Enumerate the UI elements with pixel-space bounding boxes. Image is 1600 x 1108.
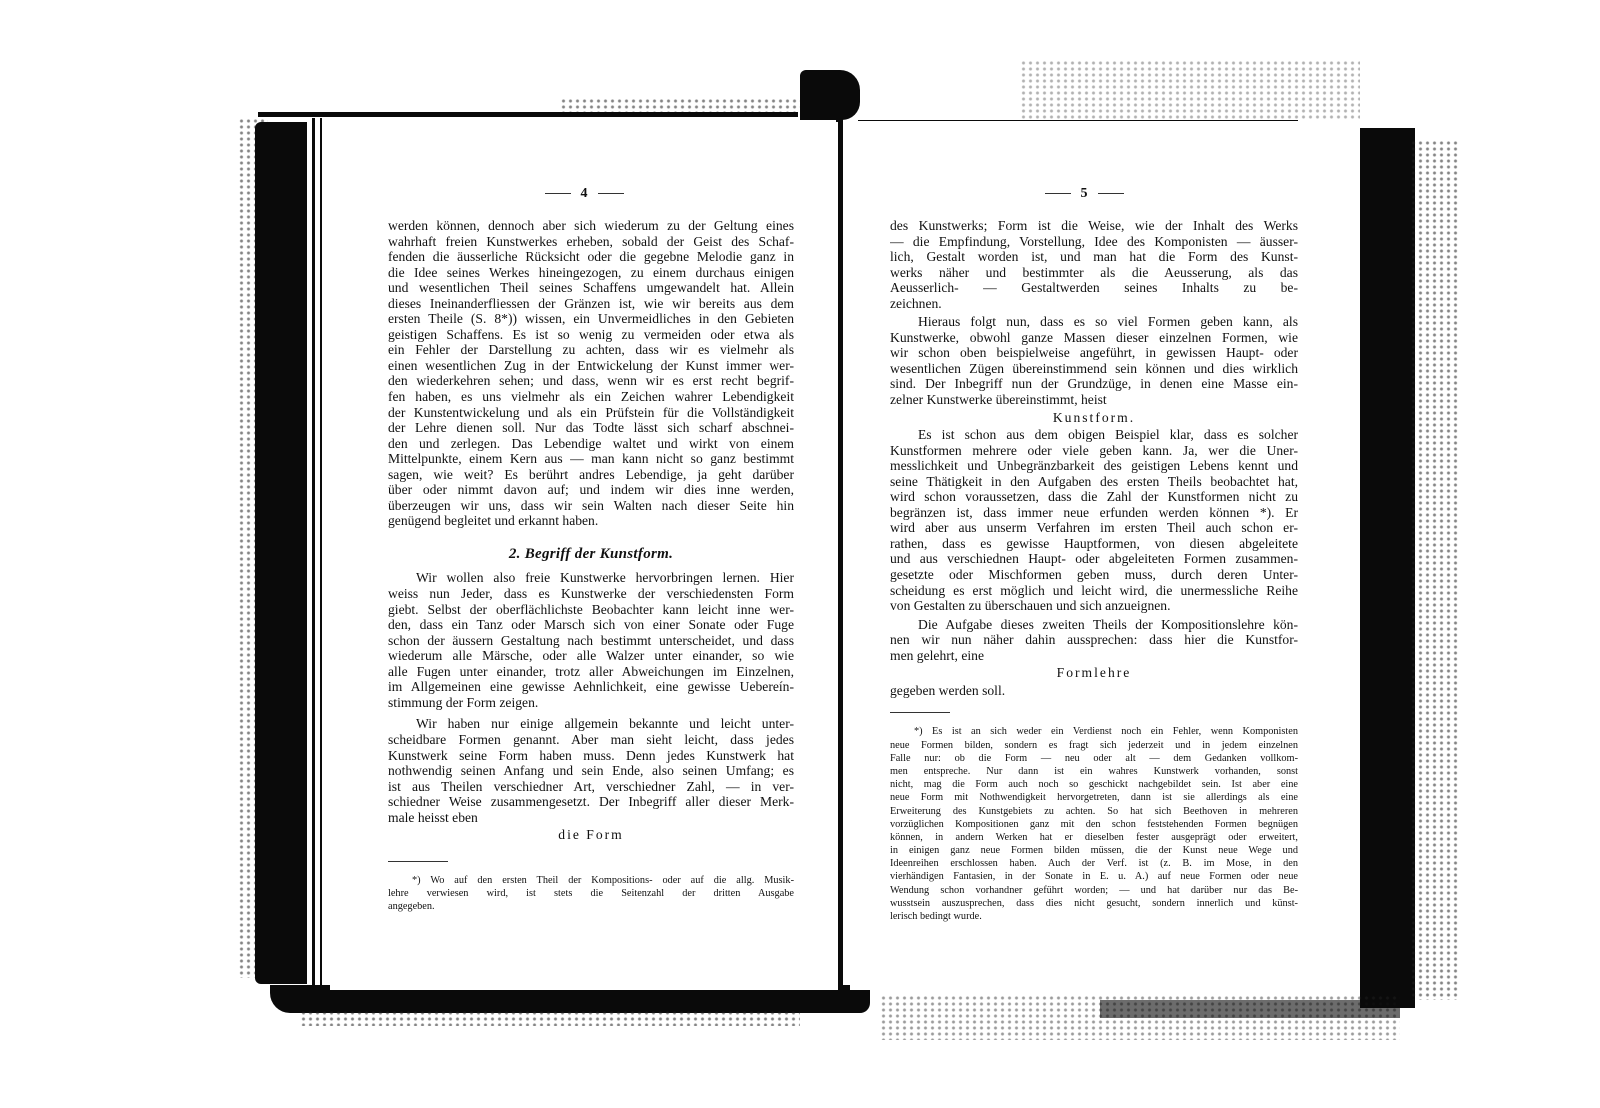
text-line: den wiederkehren sehen; und dass, wenn w… — [388, 373, 794, 389]
text-line: können, in andern Werken hat er dieselbe… — [890, 831, 1298, 844]
text-line: Wendung schon vorhandner geführt worden;… — [890, 884, 1298, 897]
text-line: wir schon oben beispielweise angeführt, … — [890, 345, 1298, 361]
text-line: ein Fehler der Darstellung zu achten, da… — [388, 342, 794, 358]
text-line: wesentlichen Zügen übereinstimmend sein … — [890, 361, 1298, 377]
text-line: Kunstwerk seine Form haben muss. Denn je… — [388, 748, 794, 764]
text-line: men gelehrt, eine — [890, 648, 1298, 664]
paragraph: Wir haben nur einige allgemein bekannte … — [388, 716, 794, 825]
footnote: *) Es ist an sich weder ein Verdienst no… — [890, 725, 1298, 923]
text-line: ist aus Theilen verschiedner Art, versch… — [388, 779, 794, 795]
paragraph: Die Aufgabe dieses zweiten Theils der Ko… — [890, 617, 1298, 664]
text-line: der Lehre dienen soll. Nur das Todte läs… — [388, 420, 794, 436]
closing-line: gegeben werden soll. — [890, 683, 1298, 699]
text-line: messlichkeit und Unbegränzbarkeit des ge… — [890, 458, 1298, 474]
text-line: zeichnen. — [890, 296, 1298, 312]
text-line: und wesentlichen Theil seines Schaffens … — [388, 280, 794, 296]
paragraph-continuation: des Kunstwerks; Form ist die Weise, wie … — [890, 218, 1298, 311]
text-line: vorzüglichen Kompositionen ganz mit den … — [890, 818, 1298, 831]
text-line: einen wesentlichen Zug in der Entwickelu… — [388, 358, 794, 374]
top-edge-right — [858, 120, 1298, 121]
text-line: *) Es ist an sich weder ein Verdienst no… — [890, 725, 1298, 738]
paragraph: Hieraus folgt nun, dass es so viel Forme… — [890, 314, 1298, 407]
page-stack-line — [320, 118, 322, 988]
text-line: im Allgemeinen eine gewisse Aehnlichkeit… — [388, 679, 794, 695]
text-line: rathen, dass es gewisse Hauptformen, von… — [890, 536, 1298, 552]
text-line: Wir haben nur einige allgemein bekannte … — [388, 716, 794, 732]
text-line: des Kunstwerks; Form ist die Weise, wie … — [890, 218, 1298, 234]
text-line: und aus verschiednen Haupt- oder abgelei… — [890, 551, 1298, 567]
text-line: Ideenreihen erschlossen haben. Auch der … — [890, 857, 1298, 870]
spine-top-blob — [800, 70, 860, 120]
top-edge-left — [258, 112, 798, 117]
paragraph-continuation: werden können, dennoch aber sich wiederu… — [388, 218, 794, 529]
text-line: wiederum alle Märsche, oder alle Walzer … — [388, 648, 794, 664]
text-line: men entspreche. Nur dann ist ein wahres … — [890, 765, 1298, 778]
text-line: Kunstformen mehrere oder viele geben kan… — [890, 443, 1298, 459]
text-line: werden können, dennoch aber sich wiederu… — [388, 218, 794, 234]
text-line: scheidbare Formen genannt. Aber man sieh… — [388, 732, 794, 748]
scanned-book-spread: 4 werden können, dennoch aber sich wiede… — [0, 0, 1600, 1108]
scan-noise-right — [1410, 140, 1460, 1000]
text-line: fenden die äusserliche Rücksicht oder di… — [388, 249, 794, 265]
text-line: vierhändigen Fantasien, in der Sonate in… — [890, 870, 1298, 883]
text-line: seine Thätigkeit in den Aufgaben des ers… — [890, 474, 1298, 490]
text-line: weiss nun Jeder, dass es Kunstwerke der … — [388, 586, 794, 602]
scan-noise-bottom — [300, 1010, 800, 1026]
bottom-edge-right — [1100, 1000, 1400, 1018]
left-page-text: werden können, dennoch aber sich wiederu… — [388, 218, 794, 913]
text-line: angegeben. — [388, 900, 794, 913]
text-line: der Kunstentwickelung und als ein Prüfst… — [388, 405, 794, 421]
text-line: Falle nur: ob die Form — neu oder alt — … — [890, 752, 1298, 765]
page-stack-line — [312, 118, 315, 988]
centered-term: Kunstform. — [890, 410, 1298, 426]
text-line: Mittelpunkte, einem Kern aus — man kann … — [388, 451, 794, 467]
text-line: wahrhaft freien Kunstwerkes erheben, sob… — [388, 234, 794, 250]
text-line: nicht, mag die Form auch noch so geschic… — [890, 778, 1298, 791]
text-line: sind. Der Inbegriff nun der Grundzüge, i… — [890, 376, 1298, 392]
text-line: lehre verwiesen wird, ist stets die Seit… — [388, 887, 794, 900]
footnote: *) Wo auf den ersten Theil der Kompositi… — [388, 874, 794, 914]
text-line: wusstsein auszusprechen, dass dies nicht… — [890, 897, 1298, 910]
text-line: *) Wo auf den ersten Theil der Kompositi… — [388, 874, 794, 887]
text-line: Hieraus folgt nun, dass es so viel Forme… — [890, 314, 1298, 330]
text-line: — die Empfindung, Vorstellung, Idee des … — [890, 234, 1298, 250]
book-edge-left — [255, 122, 307, 984]
footnote-rule — [388, 861, 448, 862]
text-line: Die Aufgabe dieses zweiten Theils der Ko… — [890, 617, 1298, 633]
text-line: überzeugen wir uns, dass wir sein Walten… — [388, 498, 794, 514]
text-line: stimmung der Form zeigen. — [388, 695, 794, 711]
page-number-right: 5 — [1024, 186, 1144, 202]
text-line: sagen, wie weit? Es berührt andres Leben… — [388, 467, 794, 483]
centered-term: die Form — [388, 827, 794, 843]
text-line: lich, Gestalt worden ist, und man hat di… — [890, 249, 1298, 265]
text-line: in einigen ganz neue Formen bilden müsse… — [890, 844, 1298, 857]
text-line: neue Form mit Nothwendigkeit hervorgetre… — [890, 791, 1298, 804]
text-line: alle Fugen unter einander, trotz aller A… — [388, 664, 794, 680]
text-line: von Gestalten zu überschauen und sich an… — [890, 598, 1298, 614]
text-line: ersten Theile (S. 8*)) wissen, ein Unver… — [388, 311, 794, 327]
text-line: fen haben, es uns vielmehr als ein Zeich… — [388, 389, 794, 405]
paragraph: Es ist schon aus dem obigen Beispiel kla… — [890, 427, 1298, 614]
text-line: den, dass ein Tanz oder Marsch sich von … — [388, 617, 794, 633]
text-line: Aeusserlich- — Gestaltwerden seines Inha… — [890, 280, 1298, 296]
text-line: zelner Kunstwerke übereinstimmt, heist — [890, 392, 1298, 408]
section-heading: 2. Begriff der Kunstform. — [388, 547, 794, 563]
text-line: neue Formen bilden, sondern es fragt sic… — [890, 739, 1298, 752]
book-edge-right — [1360, 128, 1415, 1008]
text-line: male heisst eben — [388, 810, 794, 826]
scan-noise-top-right — [1020, 60, 1360, 120]
text-line: Es ist schon aus dem obigen Beispiel kla… — [890, 427, 1298, 443]
text-line: nothwendig seinen Anfang und sein Ende, … — [388, 763, 794, 779]
centered-term: Formlehre — [890, 665, 1298, 681]
text-line: scheidung es erst möglich und leicht wir… — [890, 583, 1298, 599]
text-line: wird aber aus unserm Verfahren im ersten… — [890, 520, 1298, 536]
text-line: Wir wollen also freie Kunstwerke hervorb… — [388, 570, 794, 586]
paragraph: Wir wollen also freie Kunstwerke hervorb… — [388, 570, 794, 710]
text-line: schon der äussern Gestaltung nach bestim… — [388, 633, 794, 649]
text-line: wird schon voraussetzen, dass die Zahl d… — [890, 489, 1298, 505]
scan-noise-top — [560, 98, 800, 112]
text-line: geistigen Schaffens. Es ist so wenig zu … — [388, 327, 794, 343]
text-line: die Idee seines Werkes hineingezogen, zu… — [388, 265, 794, 281]
text-line: werks näher und bestimmter als die Aeuss… — [890, 265, 1298, 281]
page-number-left: 4 — [524, 186, 644, 202]
text-line: den und zerlegen. Das Lebendige waltet u… — [388, 436, 794, 452]
text-line: gesetzte oder Mischformen geben muss, du… — [890, 567, 1298, 583]
text-line: lerisch bedingt wurde. — [890, 910, 1298, 923]
text-line: Erweiterung des Kunstgebiets zu achten. … — [890, 805, 1298, 818]
text-line: nen wir nun näher dahin aussprechen: das… — [890, 632, 1298, 648]
text-line: begränzen ist, dass immer neue erfunden … — [890, 505, 1298, 521]
text-line: genügend begleitet und erkannt haben. — [388, 513, 794, 529]
footnote-rule — [890, 712, 950, 713]
text-line: Kunstwerke, obwohl ganze Massen dieser e… — [890, 330, 1298, 346]
text-line: dieses Ineinanderfliessen der Gränzen is… — [388, 296, 794, 312]
text-line: schiedner Weise zusammengesetzt. Der Inb… — [388, 794, 794, 810]
text-line: giebt. Selbst der oberflächlichste Beoba… — [388, 602, 794, 618]
text-line: über oder nimmt davon auf; und indem wir… — [388, 482, 794, 498]
right-page-text: des Kunstwerks; Form ist die Weise, wie … — [890, 218, 1298, 923]
